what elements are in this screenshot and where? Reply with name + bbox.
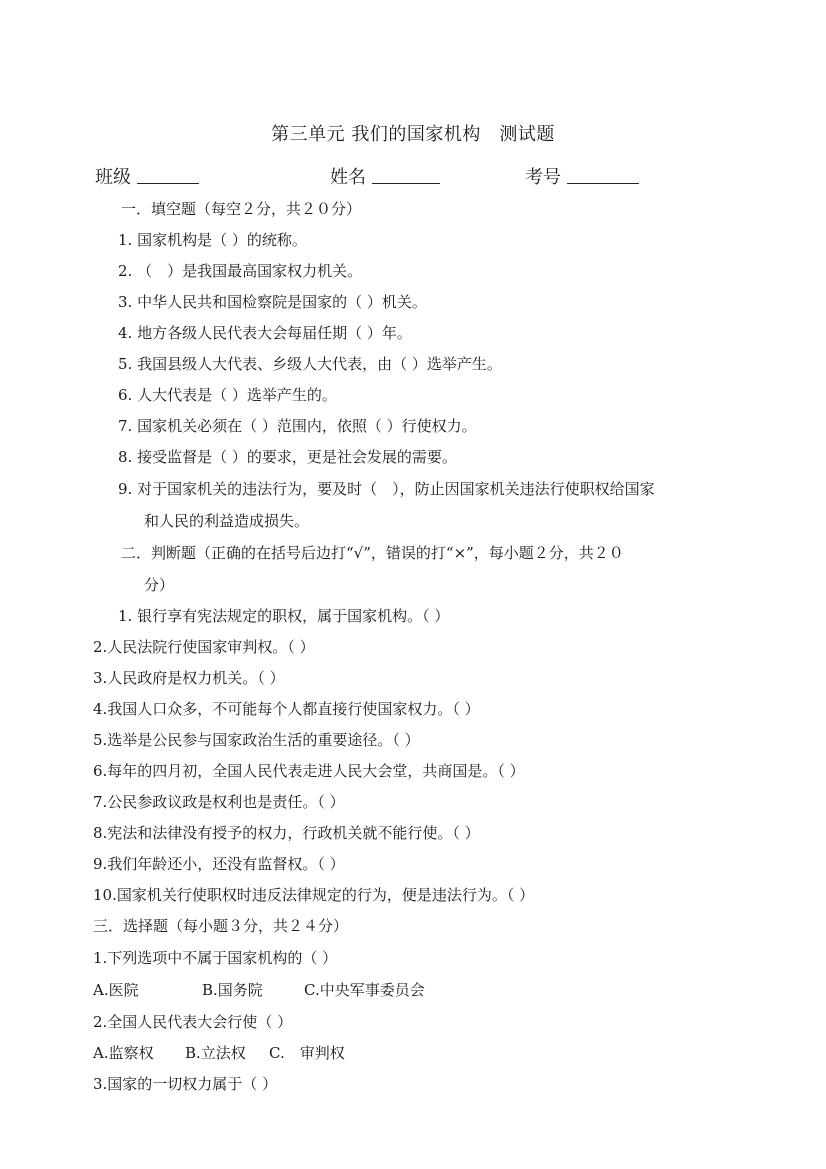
choice-option: C.中央军事委员会 [304,980,425,1000]
fill-question: 7. 国家机关必须在（ ）范围内，依照（ ）行使权力。 [118,416,477,436]
judge-question: 4.我国人口众多，不可能每个人都直接行使国家权力。（ ） [93,699,480,719]
judge-question: 7.公民参政议政是权利也是责任。（ ） [93,792,345,812]
fill-question: 1. 国家机构是（ ）的统称。 [118,230,307,250]
section2-heading-continuation: 分） [144,575,174,595]
name-label: 姓名 [330,167,366,188]
choice-option: C. 审判权 [269,1043,345,1063]
student-info-row: 班级 姓名 考号 [95,163,735,189]
fill-question: 8. 接受监督是（ ）的要求，更是社会发展的需要。 [118,447,457,467]
fill-question: 6. 人大代表是（ ）选举产生的。 [118,385,337,405]
judge-question: 8.宪法和法律没有授予的权力，行政机关就不能行使。（ ） [93,823,480,843]
judge-question: 5.选举是公民参与国家政治生活的重要途径。（ ） [93,730,420,750]
judge-question: 3.人民政府是权力机关。（ ） [93,668,285,688]
exam-number-field: 考号 [525,163,639,189]
exam-number-blank [567,173,639,184]
judge-question: 10.国家机关行使职权时违反法律规定的行为，便是违法行为。（ ） [93,885,534,905]
judge-question: 6.每年的四月初，全国人民代表走进人民大会堂，共商国是。（ ） [93,761,525,781]
fill-question: 9. 对于国家机关的违法行为，要及时（ ），防止因国家机关违法行使职权给国家 [118,479,655,499]
judge-question: 1. 银行享有宪法规定的职权，属于国家机构。（ ） [118,606,449,626]
choice-question-stem: 1.下列选项中不属于国家机构的（ ） [93,948,337,968]
section1-heading: 一．填空题（每空２分，共２０分） [121,199,361,219]
choice-option: A.医院 [93,980,139,1000]
name-field: 姓名 [330,163,440,189]
choice-question-stem: 3.国家的一切权力属于（ ） [93,1074,277,1094]
exam-page: 第三单元 我们的国家机构 测试题 班级 姓名 考号 一．填空题（每空２分，共２０… [0,0,826,1169]
name-blank [372,173,440,184]
class-field: 班级 [95,163,199,189]
judge-question: 2.人民法院行使国家审判权。（ ） [93,637,315,657]
choice-option: B.立法权 [185,1043,246,1063]
choice-option: A.监察权 [93,1043,154,1063]
exam-number-label: 考号 [525,167,561,188]
fill-question: 3. 中华人民共和国检察院是国家的（ ）机关。 [118,292,427,312]
choice-option: B.国务院 [202,980,263,1000]
fill-question: 4. 地方各级人民代表大会每届任期（ ）年。 [118,323,412,343]
section2-heading: 二．判断题（正确的在括号后边打“√”，错误的打“×”，每小题２分，共２０ [121,543,624,563]
class-blank [137,173,199,184]
class-label: 班级 [95,167,131,188]
fill-question-continuation: 和人民的利益造成损失。 [144,511,309,531]
section3-heading: 三．选择题（每小题３分，共２４分） [93,916,348,936]
fill-question: 5. 我国县级人大代表、乡级人大代表，由（ ）选举产生。 [118,354,502,374]
judge-question: 9.我们年龄还小，还没有监督权。（ ） [93,854,345,874]
page-title: 第三单元 我们的国家机构 测试题 [0,120,826,146]
choice-question-stem: 2.全国人民代表大会行使（ ） [93,1012,292,1032]
fill-question: 2. （ ）是我国最高国家权力机关。 [118,261,362,281]
